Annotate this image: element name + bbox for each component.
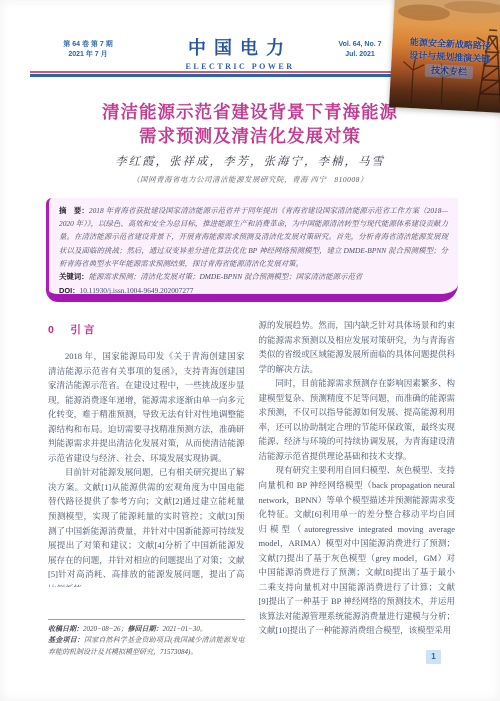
doi-line: DOI：10.11930/j.issn.1004-9649.202007277 [59,285,448,298]
doi-label: DOI： [59,286,80,295]
footnote-dates: 收稿日期：2020−08−26；修回日期：2021−01−30。 [48,624,245,636]
left-column-text: 2018 年，国家能源局印发《关于青海创建国家清洁能源示范省有关事项的复函》，支… [48,349,245,587]
keywords-line: 关键词：能源需求预测；清洁化发展对策；DMDE-BPNN 混合预测模型；国家清洁… [59,271,448,284]
issue-volume-en: Vol. 64, No. 7 [320,40,400,50]
section-heading-intro: 0 引言 [48,322,245,337]
left-column: 0 引言 2018 年，国家能源局印发《关于青海创建国家清洁能源示范省有关事项的… [48,318,245,658]
abstract-box: 摘 要：2018 年青海省获批建设国家清洁能源示范省并于同年提出《青海省建设国家… [46,198,458,302]
banner-line3: 技术专栏 [425,64,474,79]
paragraph: 2018 年，国家能源局印发《关于青海创建国家清洁能源示范省有关事项的复函》，支… [48,349,245,465]
abstract-paragraph: 摘 要：2018 年青海省获批建设国家清洁能源示范省并于同年提出《青海省建设国家… [59,204,448,270]
paragraph: 目前针对能源发展问题，已有相关研究提出了解决方案。文献[1]从能源供需的宏观角度… [48,465,245,587]
right-column: 源的发展趋势。然而，国内缺乏针对具体场景和约束的能源需求预测以及相应发展对策研究… [259,318,456,658]
journal-header: 第 64 卷 第 7 期 2021 年 7 月 中国电力 ELECTRIC PO… [30,34,410,70]
affiliation: （国网青海省电力公司清洁能源发展研究院，青海 西宁 810008） [40,174,460,185]
special-column-banner: 能源安全新战略路径 设计与规划推演关键 技术专栏 [389,0,500,113]
author-list: 李红霞，张祥成，李芳，张海宁，李楠，马雪 [40,153,460,169]
special-column-title: 能源安全新战略路径 设计与规划推演关键 技术专栏 [395,35,500,81]
fund-label: 基金项目： [48,637,84,644]
issue-volume-cn: 第 64 卷 第 7 期 [48,40,128,50]
paragraph: 现有研究主要利用自回归模型、灰色模型、支持向量机和 BP 神经网络模型（back… [259,463,456,638]
keywords-label: 关键词： [59,272,89,281]
received-date: 2020−08−26； [83,625,127,633]
received-label: 收稿日期： [48,626,83,633]
abstract-label: 摘 要： [59,206,89,215]
paragraph: 同时，目前能源需求预测存在影响因素繁多、构建模型复杂、预测精度不足等问题，而准确… [259,376,456,463]
journal-title-cn: 中国电力 [160,34,320,60]
paragraph: 源的发展趋势。然而，国内缺乏针对具体场景和约束的能源需求预测以及相应发展对策研究… [259,318,456,376]
article-title-line2: 需求预测及清洁化发展对策 [40,124,460,148]
issue-date-cn: 2021 年 7 月 [48,50,128,60]
issue-date-en: Jul. 2021 [320,50,400,60]
revised-label: 修回日期： [127,626,162,633]
issue-info-cn: 第 64 卷 第 7 期 2021 年 7 月 [48,40,128,60]
revised-date: 2021−01−30。 [162,625,206,633]
journal-title-block: 中国电力 ELECTRIC POWER [160,34,320,71]
footnote-block: 收稿日期：2020−08−26；修回日期：2021−01−30。 基金项目：国家… [48,619,245,659]
doi-value: 10.11930/j.issn.1004-9649.202007277 [80,286,194,295]
abstract-text: 2018 年青海省获批建设国家清洁能源示范省并于同年提出《青海省建设国家清洁能源… [59,206,448,268]
issue-info-en: Vol. 64, No. 7 Jul. 2021 [320,40,400,60]
paper-page: 第 64 卷 第 7 期 2021 年 7 月 中国电力 ELECTRIC PO… [0,0,500,701]
journal-title-en: ELECTRIC POWER [160,62,320,71]
page-number-badge: 1 [426,650,441,664]
keywords-text: 能源需求预测；清洁化发展对策；DMDE-BPNN 混合预测模型；国家清洁能源示范… [89,272,363,281]
footnote-fund: 基金项目：国家自然科学基金资助项目(我国减少清洁能源发电弃能的机制设计及其模拟模… [48,635,245,658]
article-body: 0 引言 2018 年，国家能源局印发《关于青海创建国家清洁能源示范省有关事项的… [48,318,455,658]
